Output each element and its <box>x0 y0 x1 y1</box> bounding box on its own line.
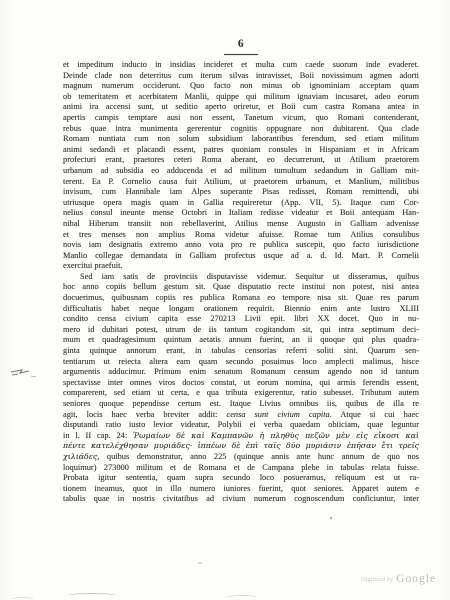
text-line: tionem ineamus, quot in illo numero iuni… <box>63 484 419 495</box>
text-line: difficultatis habet neque longam oration… <box>63 304 419 315</box>
text-line: nelius consul ineunte mense Octobri in I… <box>63 208 419 219</box>
text-segment: . Atque si cui haec <box>330 410 419 419</box>
text-segment: Sed iam satis de provinciis disputavisse… <box>80 272 419 281</box>
text-segment: difficultatis habet neque longam oration… <box>63 304 419 313</box>
watermark-prefix: Digitized by <box>361 576 393 583</box>
page-curl-shadow <box>68 593 116 598</box>
scan-smudge <box>9 366 39 385</box>
text-line: πέντε κατελέχθησαν μυριάδες· ἱππέων δὲ ἐ… <box>63 441 419 452</box>
text-line: docuerimus, quibusnam copiis res publica… <box>63 293 419 304</box>
text-segment: urbanum ad subsidia eo adducenda et ad m… <box>63 166 419 175</box>
text-line: magnum numerum occiderunt. Quo facto non… <box>63 81 419 92</box>
text-segment: mum et quadragesimum quintum aetatis ann… <box>63 335 419 344</box>
page-number-rule <box>224 54 258 55</box>
text-segment: et tres menses non amplius Roma videtur … <box>63 230 419 239</box>
text-line: Romam nuntiata cum non solum subsidium l… <box>63 134 419 145</box>
page-number: 6 <box>238 38 244 50</box>
text-segment: utriusque opera magis quam in Gallia req… <box>63 198 419 207</box>
text-line: urbanum ad subsidia eo adducenda et ad m… <box>63 166 419 177</box>
text-line: spectavisse inter omnes viros doctos con… <box>63 378 419 389</box>
text-line: χιλιάδες, quibus demonstratur, anno 225 … <box>63 452 419 463</box>
text-line: terent. Ea P. Cornelio causa fuit Atiliu… <box>63 177 419 188</box>
text-segment: nelius consul ineunte mense Octobri in I… <box>63 208 419 217</box>
text-segment: Romam nuntiata cum non solum subsidium l… <box>63 134 419 143</box>
greek-citation: πέντε κατελέχθησαν μυριάδες· ἱππέων δὲ ἐ… <box>63 441 419 450</box>
text-line: Manlio collegae demandata in Galliam pro… <box>63 251 419 262</box>
text-segment: ginta quinque annorum erant, in tabulas … <box>63 346 419 355</box>
text-segment: exercitui praefuit. <box>63 261 123 270</box>
text-line: hoc anno copiis bellum gestum sit. Quae … <box>63 282 419 293</box>
text-line: agit, locis haec verba breviter addit: c… <box>63 410 419 421</box>
text-segment: profecturi erant, praetores ceteri Roma … <box>63 155 419 164</box>
text-line: rebus quae intra munimenta gererentur co… <box>63 124 419 135</box>
text-segment: censa sunt civium capita <box>226 410 329 419</box>
text-line: tabulis quae in nostris civitatibus ad c… <box>63 494 419 505</box>
text-segment: in l. II cap. 24: <box>63 431 133 440</box>
text-line: tentiarum ut reiecta altera eam quam sec… <box>63 357 419 368</box>
text-line: exercitui praefuit. <box>63 261 419 272</box>
text-segment: ob temeritatem et acerbitatem Manlii, qu… <box>63 92 419 101</box>
scan-speck <box>330 517 332 519</box>
text-line: ginta quinque annorum erant, in tabulas … <box>63 346 419 357</box>
text-segment: animi ira accensi sunt, ut seditio apert… <box>63 102 419 111</box>
text-segment: terent. Ea P. Cornelio causa fuit Atiliu… <box>63 177 419 186</box>
text-line: invisum, cum Hannibale iam Alpes superan… <box>63 187 419 198</box>
text-segment: agit, locis haec verba breviter addit: <box>63 410 226 419</box>
text-line: disputandi ratio iusto levior videatur, … <box>63 420 419 431</box>
text-line: utriusque opera magis quam in Gallia req… <box>63 198 419 209</box>
scanned-book-page: 6 et impeditum inducto in insidias incid… <box>0 0 450 600</box>
text-segment: condito censa civium capita esse 270213 … <box>63 314 419 323</box>
page-curl-shadow <box>226 595 258 600</box>
text-segment: apertis campis temptare ausi non essent,… <box>63 113 419 122</box>
text-line: condito censa civium capita esse 270213 … <box>63 314 419 325</box>
text-line: argumentis adducimur. Primum enim senatu… <box>63 367 419 378</box>
text-segment: tentiarum ut reiecta altera eam quam sec… <box>63 357 419 366</box>
text-segment: Probata igitur sententia, quam supra sec… <box>63 473 419 482</box>
text-line: seniores quoque pependisse certum est. I… <box>63 399 419 410</box>
text-line: profecturi erant, praetores ceteri Roma … <box>63 155 419 166</box>
greek-citation: Ῥωμαίων δὲ καὶ Καμπανῶν ἡ πληθὺς πεζῶν μ… <box>133 431 419 440</box>
text-segment: spectavisse inter omnes viros doctos con… <box>63 378 419 387</box>
text-line: mum et quadragesimum quintum aetatis ann… <box>63 335 419 346</box>
text-segment: Manlio collegae demandata in Galliam pro… <box>63 251 419 260</box>
text-line: Deinde clade non deterritus cum iterum s… <box>63 71 419 82</box>
text-line: Probata igitur sententia, quam supra sec… <box>63 473 419 484</box>
scan-speck <box>198 562 202 564</box>
text-segment: et impeditum inducto in insidias incider… <box>63 60 419 69</box>
text-segment: tionem ineamus, quot in illo numero iuni… <box>63 484 419 493</box>
google-watermark: Digitized byGoogle <box>361 569 436 587</box>
text-segment: mero id dubitari potest, utrum de iis ta… <box>63 325 419 334</box>
text-line: et impeditum inducto in insidias incider… <box>63 60 419 71</box>
page-header: 6 <box>63 34 419 55</box>
text-line: et tres menses non amplius Roma videtur … <box>63 230 419 241</box>
text-segment: magnum numerum occiderunt. Quo facto non… <box>63 81 419 90</box>
text-segment: nibal Hiberum transiit non rebellaverint… <box>63 219 419 228</box>
text-segment: loquimur) 273000 militum et de Romana et… <box>63 463 419 472</box>
text-segment: hoc anno copiis bellum gestum sit. Quae … <box>63 282 419 291</box>
text-segment: animi sedandi et placandi essent, patres… <box>63 145 419 154</box>
text-segment: comparerent, sed etiam ut certa, e qua t… <box>63 388 419 397</box>
text-segment: disputandi ratio iusto levior videatur, … <box>63 420 419 429</box>
text-segment: docuerimus, quibusnam copiis res publica… <box>63 293 419 302</box>
text-line: loquimur) 273000 militum et de Romana et… <box>63 463 419 474</box>
text-line: ob temeritatem et acerbitatem Manlii, qu… <box>63 92 419 103</box>
text-line: in l. II cap. 24: Ῥωμαίων δὲ καὶ Καμπανῶ… <box>63 431 419 442</box>
google-logo: Google <box>396 573 436 585</box>
text-segment: argumentis adducimur. Primum enim senatu… <box>63 367 419 376</box>
text-segment: seniores quoque pependisse certum est. I… <box>63 399 419 408</box>
text-segment: novis iam designatis extremo anno vota p… <box>63 240 419 249</box>
text-line: animi sedandi et placandi essent, patres… <box>63 145 419 156</box>
text-line: novis iam designatis extremo anno vota p… <box>63 240 419 251</box>
text-segment: tabulis quae in nostris civitatibus ad c… <box>63 494 419 503</box>
text-block: et impeditum inducto in insidias incider… <box>63 60 419 505</box>
text-segment: Deinde clade non deterritus cum iterum s… <box>63 71 419 80</box>
text-line: apertis campis temptare ausi non essent,… <box>63 113 419 124</box>
text-line: animi ira accensi sunt, ut seditio apert… <box>63 102 419 113</box>
text-line: nibal Hiberum transiit non rebellaverint… <box>63 219 419 230</box>
text-line: mero id dubitari potest, utrum de iis ta… <box>63 325 419 336</box>
text-segment: , quibus demonstratur, anno 225 (quinque… <box>97 452 419 461</box>
greek-citation: χιλιάδες <box>63 452 97 461</box>
text-segment: invisum, cum Hannibale iam Alpes superan… <box>63 187 419 196</box>
text-segment: rebus quae intra munimenta gererentur co… <box>63 124 419 133</box>
text-line: comparerent, sed etiam ut certa, e qua t… <box>63 388 419 399</box>
text-line: Sed iam satis de provinciis disputavisse… <box>63 272 419 283</box>
